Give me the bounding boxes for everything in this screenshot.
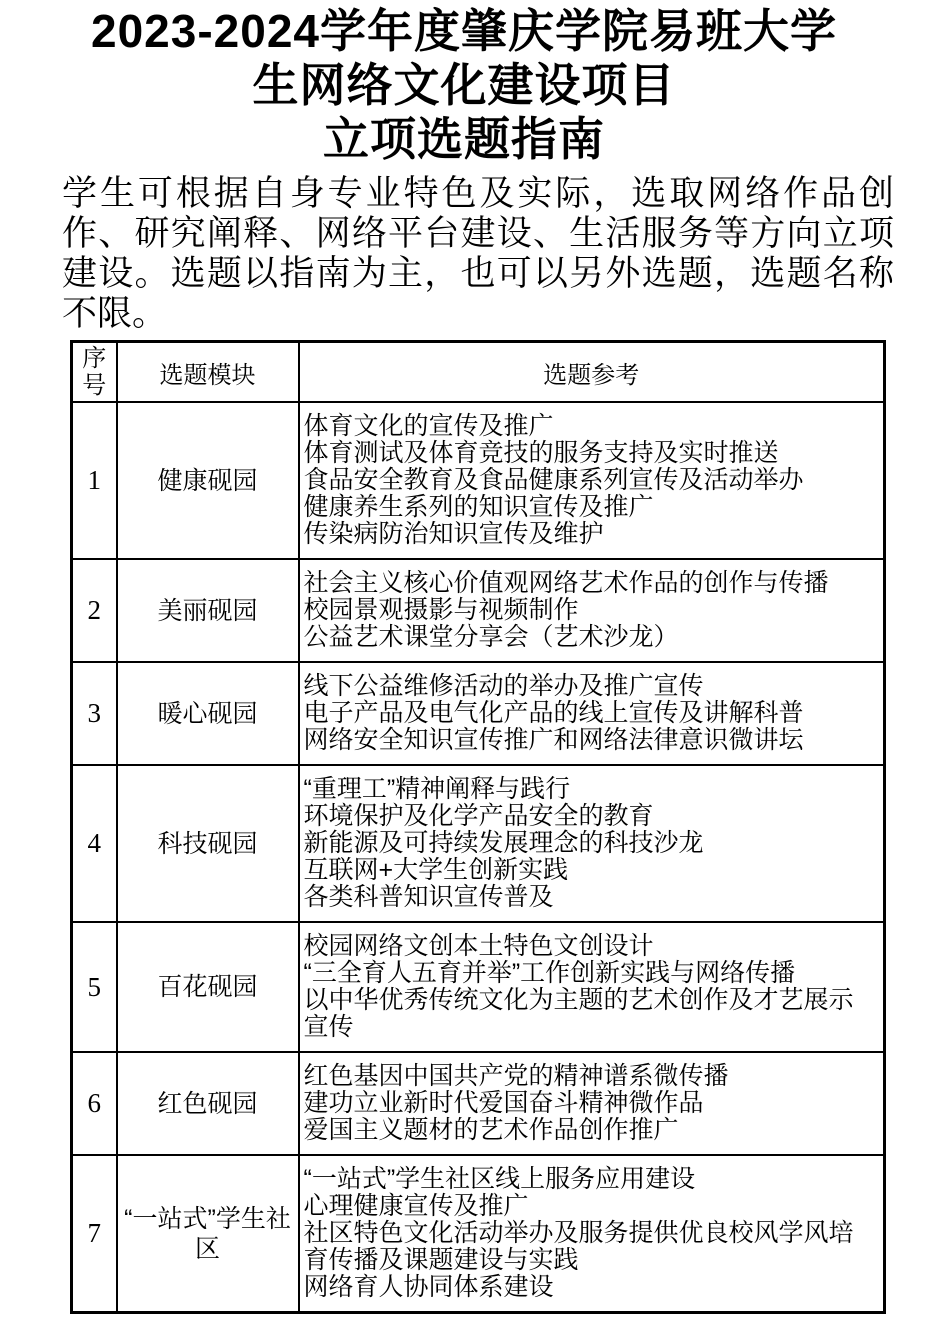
topic-item: “三全育人五育并举”工作创新实践与网络传播 [304, 960, 878, 987]
topic-item: 网络育人协同体系建设 [304, 1274, 878, 1301]
topic-item: 公益艺术课堂分享会（艺术沙龙） [304, 624, 878, 651]
module-name-cell: 美丽砚园 [117, 559, 299, 662]
row-number-cell: 4 [72, 765, 117, 922]
topic-item: 互联网+大学生创新实践 [304, 857, 878, 884]
table-row: 3暖心砚园线下公益维修活动的举办及推广宣传电子产品及电气化产品的线上宣传及讲解科… [72, 662, 885, 765]
topic-item: 网络安全知识宣传推广和网络法律意识微讲坛 [304, 727, 878, 754]
topic-item: “重理工”精神阐释与践行 [304, 776, 878, 803]
topic-item: 心理健康宣传及推广 [304, 1193, 878, 1220]
topic-item: 体育文化的宣传及推广 [304, 413, 878, 440]
topic-item: 新能源及可持续发展理念的科技沙龙 [304, 830, 878, 857]
topics-cell: 红色基因中国共产党的精神谱系微传播建功立业新时代爱国奋斗精神微作品爱国主义题材的… [299, 1052, 885, 1155]
topics-cell: 线下公益维修活动的举办及推广宣传电子产品及电气化产品的线上宣传及讲解科普网络安全… [299, 662, 885, 765]
topics-table: 序号 选题模块 选题参考 1健康砚园体育文化的宣传及推广体育测试及体育竞技的服务… [70, 340, 886, 1314]
topic-item: 社区特色文化活动举办及服务提供优良校风学风培育传播及课题建设与实践 [304, 1220, 878, 1274]
topics-cell: 体育文化的宣传及推广体育测试及体育竞技的服务支持及实时推送食品安全教育及食品健康… [299, 402, 885, 559]
title-line-2: 生网络文化建设项目 [0, 58, 928, 112]
intro-paragraph: 学生可根据自身专业特色及实际，选取网络作品创作、研究阐释、网络平台建设、生活服务… [62, 174, 894, 334]
topic-item: 校园网络文创本土特色文创设计 [304, 933, 878, 960]
topic-item: 以中华优秀传统文化为主题的艺术创作及才艺展示宣传 [304, 987, 878, 1041]
topic-item: 红色基因中国共产党的精神谱系微传播 [304, 1063, 878, 1090]
topics-cell: 社会主义核心价值观网络艺术作品的创作与传播校园景观摄影与视频制作公益艺术课堂分享… [299, 559, 885, 662]
topic-item: 健康养生系列的知识宣传及推广 [304, 494, 878, 521]
topic-item: 体育测试及体育竞技的服务支持及实时推送 [304, 440, 878, 467]
row-number-cell: 1 [72, 402, 117, 559]
table-row: 4科技砚园“重理工”精神阐释与践行环境保护及化学产品安全的教育新能源及可持续发展… [72, 765, 885, 922]
table-row: 6红色砚园红色基因中国共产党的精神谱系微传播建功立业新时代爱国奋斗精神微作品爱国… [72, 1052, 885, 1155]
row-number-cell: 2 [72, 559, 117, 662]
topic-item: 建功立业新时代爱国奋斗精神微作品 [304, 1090, 878, 1117]
table-row: 2美丽砚园社会主义核心价值观网络艺术作品的创作与传播校园景观摄影与视频制作公益艺… [72, 559, 885, 662]
module-name-cell: “一站式”学生社区 [117, 1155, 299, 1313]
row-number-cell: 5 [72, 922, 117, 1052]
topic-item: 社会主义核心价值观网络艺术作品的创作与传播 [304, 570, 878, 597]
topic-item: 校园景观摄影与视频制作 [304, 597, 878, 624]
column-header-reference: 选题参考 [299, 342, 885, 403]
table-header-row: 序号 选题模块 选题参考 [72, 342, 885, 403]
table-row: 5百花砚园校园网络文创本土特色文创设计“三全育人五育并举”工作创新实践与网络传播… [72, 922, 885, 1052]
document-page: { "colors": { "background": "#ffffff", "… [0, 0, 928, 1326]
topics-cell: “重理工”精神阐释与践行环境保护及化学产品安全的教育新能源及可持续发展理念的科技… [299, 765, 885, 922]
topics-cell: “一站式”学生社区线上服务应用建设心理健康宣传及推广社区特色文化活动举办及服务提… [299, 1155, 885, 1313]
row-number-cell: 7 [72, 1155, 117, 1313]
module-name-cell: 科技砚园 [117, 765, 299, 922]
column-header-module: 选题模块 [117, 342, 299, 403]
row-number-cell: 3 [72, 662, 117, 765]
title-line-1: 2023-2024学年度肇庆学院易班大学 [0, 4, 928, 58]
topic-item: 传染病防治知识宣传及维护 [304, 521, 878, 548]
topics-cell: 校园网络文创本土特色文创设计“三全育人五育并举”工作创新实践与网络传播以中华优秀… [299, 922, 885, 1052]
topic-item: 环境保护及化学产品安全的教育 [304, 803, 878, 830]
topic-item: 线下公益维修活动的举办及推广宣传 [304, 673, 878, 700]
column-header-number: 序号 [72, 342, 117, 403]
row-number-cell: 6 [72, 1052, 117, 1155]
table-row: 1健康砚园体育文化的宣传及推广体育测试及体育竞技的服务支持及实时推送食品安全教育… [72, 402, 885, 559]
document-title: 2023-2024学年度肇庆学院易班大学 生网络文化建设项目 立项选题指南 [0, 4, 928, 166]
topic-item: 各类科普知识宣传普及 [304, 884, 878, 911]
topic-item: 爱国主义题材的艺术作品创作推广 [304, 1117, 878, 1144]
title-line-3: 立项选题指南 [0, 112, 928, 166]
module-name-cell: 百花砚园 [117, 922, 299, 1052]
table-row: 7“一站式”学生社区“一站式”学生社区线上服务应用建设心理健康宣传及推广社区特色… [72, 1155, 885, 1313]
topic-item: 食品安全教育及食品健康系列宣传及活动举办 [304, 467, 878, 494]
module-name-cell: 暖心砚园 [117, 662, 299, 765]
module-name-cell: 健康砚园 [117, 402, 299, 559]
topic-item: 电子产品及电气化产品的线上宣传及讲解科普 [304, 700, 878, 727]
module-name-cell: 红色砚园 [117, 1052, 299, 1155]
topic-item: “一站式”学生社区线上服务应用建设 [304, 1166, 878, 1193]
